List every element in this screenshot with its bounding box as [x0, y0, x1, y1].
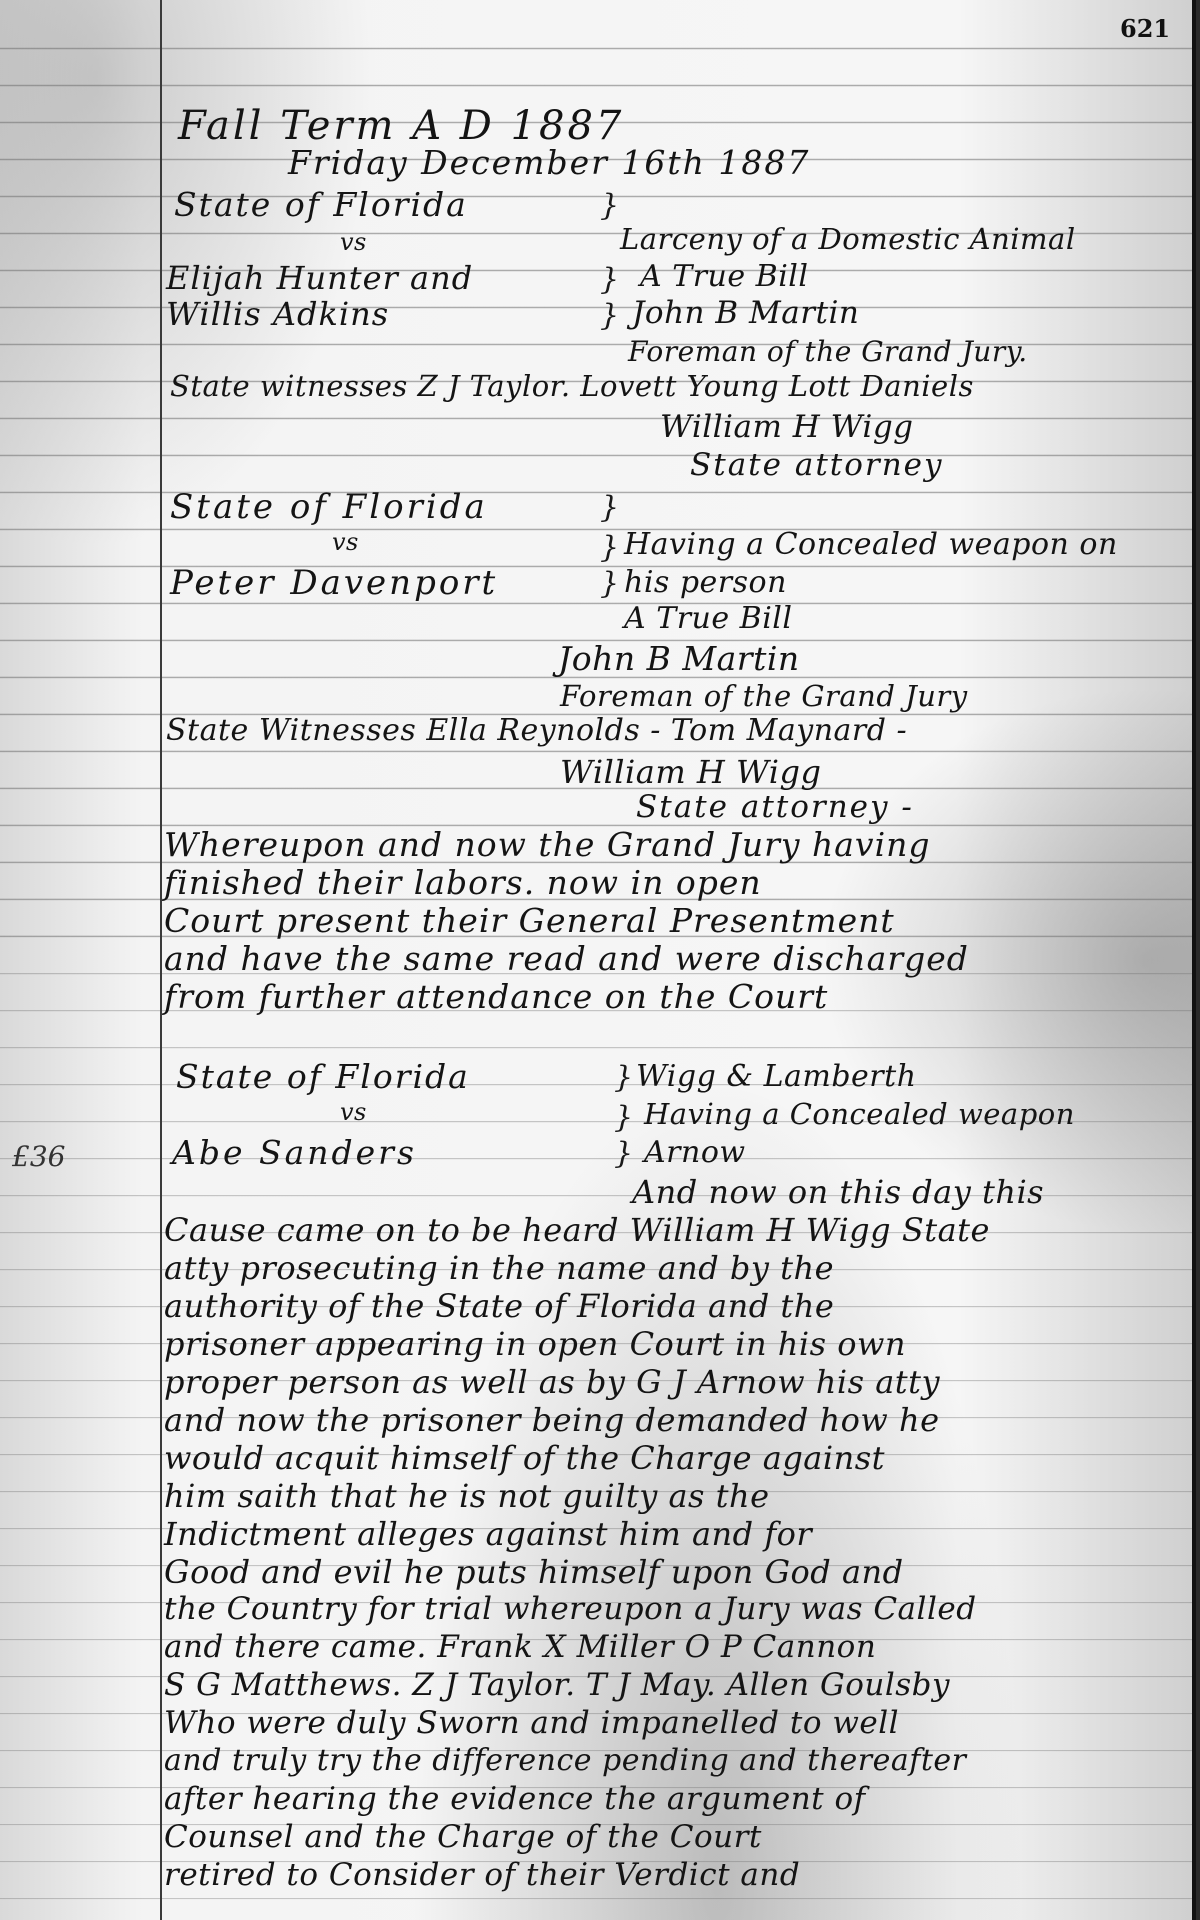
proceedings-line: and truly try the difference pending and… [164, 1746, 967, 1776]
proceedings-line: retired to Consider of their Verdict and [164, 1860, 800, 1891]
brace-icon: } [600, 490, 619, 525]
case3-defendant: Abe Sanders [172, 1136, 417, 1169]
case1-versus: vs [340, 230, 367, 254]
case2-finding: A True Bill [624, 604, 793, 634]
case1-finding: A True Bill [640, 262, 809, 292]
brace-icon: } [600, 530, 619, 565]
brace-icon: } [614, 1060, 633, 1095]
proceedings-line: And now on this day this [632, 1176, 1044, 1208]
ledger-page: 621 £36 Fall Term A D 1887 Friday Decemb… [0, 0, 1196, 1920]
discharge-line: Court present their General Presentment [164, 904, 895, 937]
page-number: 621 [1120, 14, 1170, 43]
case3-charge: Having a Concealed weapon [644, 1100, 1075, 1129]
case2-plaintiff: State of Florida [170, 490, 488, 524]
brace-icon: } [600, 298, 619, 333]
case2-foreman-title: Foreman of the Grand Jury [560, 682, 968, 711]
case3-plaintiff: State of Florida [176, 1060, 470, 1093]
case1-charge: Larceny of a Domestic Animal [620, 225, 1076, 254]
discharge-line: finished their labors. now in open [164, 866, 762, 899]
proceedings-line: authority of the State of Florida and th… [164, 1290, 834, 1322]
case2-charge-2: his person [624, 568, 787, 598]
case3-versus: vs [340, 1100, 367, 1124]
proceedings-line: atty prosecuting in the name and by the [164, 1252, 834, 1284]
case1-defendant-2: Willis Adkins [166, 298, 389, 330]
case2-charge-1: Having a Concealed weapon on [624, 530, 1118, 560]
brace-icon: } [600, 262, 619, 297]
proceedings-line: Cause came on to be heard William H Wigg… [164, 1214, 990, 1246]
discharge-line: from further attendance on the Court [164, 980, 828, 1013]
proceedings-line: would acquit himself of the Charge again… [164, 1442, 885, 1474]
proceedings-line: Counsel and the Charge of the Court [164, 1822, 762, 1853]
case2-attorney-title: State attorney - [636, 792, 914, 823]
case3-defense: Arnow [644, 1138, 746, 1168]
proceedings-line: S G Matthews. Z J Taylor. T J May. Allen… [164, 1670, 950, 1701]
margin-line [160, 0, 162, 1920]
brace-icon: } [600, 566, 619, 601]
date-heading: Friday December 16th 1887 [288, 146, 810, 179]
brace-icon: } [614, 1136, 633, 1171]
case1-foreman: John B Martin [632, 298, 859, 329]
proceedings-line: and now the prisoner being demanded how … [164, 1404, 940, 1436]
proceedings-line: Good and evil he puts himself upon God a… [164, 1556, 904, 1588]
case1-attorney: William H Wigg [660, 412, 914, 443]
proceedings-line: proper person as well as by G J Arnow hi… [164, 1366, 940, 1398]
case2-attorney: William H Wigg [560, 756, 821, 788]
proceedings-line: the Country for trial whereupon a Jury w… [164, 1594, 977, 1625]
proceedings-line: Who were duly Sworn and impanelled to we… [164, 1708, 899, 1739]
case1-foreman-title: Foreman of the Grand Jury. [628, 338, 1028, 366]
discharge-line: and have the same read and were discharg… [164, 942, 969, 975]
brace-icon: } [600, 188, 619, 223]
proceedings-line: prisoner appearing in open Court in his … [164, 1328, 906, 1360]
margin-note: £36 [12, 1140, 65, 1173]
proceedings-line: Indictment alleges against him and for [164, 1518, 812, 1550]
case1-attorney-title: State attorney [690, 450, 944, 481]
page-edge-shadow [1192, 0, 1196, 1920]
case2-foreman: John B Martin [558, 642, 800, 675]
proceedings-line: him saith that he is not guilty as the [164, 1480, 770, 1512]
proceedings-line: and there came. Frank X Miller O P Canno… [164, 1632, 876, 1663]
case1-witnesses: State witnesses Z J Taylor. Lovett Young… [170, 372, 974, 401]
case2-witnesses: State Witnesses Ella Reynolds - Tom Mayn… [166, 716, 907, 746]
term-heading: Fall Term A D 1887 [178, 106, 624, 146]
proceedings-line: after hearing the evidence the argument … [164, 1784, 866, 1815]
brace-icon: } [614, 1100, 633, 1135]
case2-versus: vs [332, 530, 359, 554]
case1-defendant-1: Elijah Hunter and [166, 262, 473, 294]
discharge-line: Whereupon and now the Grand Jury having [164, 828, 931, 861]
case3-attorneys: Wigg & Lamberth [636, 1062, 917, 1092]
case2-defendant: Peter Davenport [170, 566, 498, 600]
case1-plaintiff: State of Florida [174, 188, 468, 221]
